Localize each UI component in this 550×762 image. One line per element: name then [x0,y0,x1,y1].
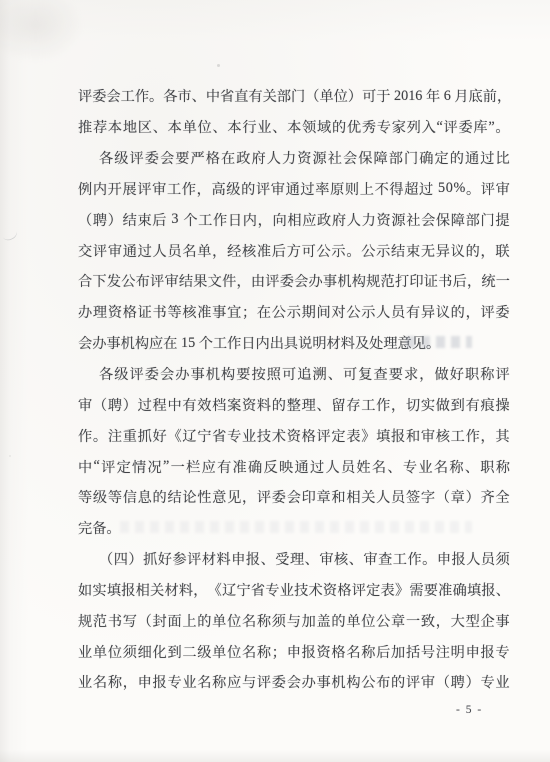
doc-line: 作。注重抓好《辽宁省专业技术资格评定表》填报和审核工作，其 [78,420,510,451]
doc-line: 业名称，申报专业名称应与评委会办事机构公布的评审（聘）专业 [78,667,510,698]
doc-line: 如实填报相关材料，《辽宁省专业技术资格评定表》需要准确填报、 [78,575,510,606]
doc-line: 评委会工作。各市、中省直有关部门（单位）可于 2016 年 6 月底前， [78,81,510,112]
scan-corner-blob [0,0,83,63]
scan-smudge [0,225,19,242]
doc-line: （四）抓好参评材料申报、受理、审核、审查工作。申报人员须 [78,544,510,575]
page-number: - 5 - [456,704,483,716]
doc-line: 业单位须细化到二级单位名称；申报资格名称后加括号注明申报专 [78,636,510,667]
doc-line: 各级评委会要严格在政府人力资源社会保障部门确定的通过比 [78,143,510,174]
scanned-document-page: 评委会工作。各市、中省直有关部门（单位）可于 2016 年 6 月底前， 推荐本… [0,0,550,762]
doc-line: 各级评委会办事机构要按照可追溯、可复查要求，做好职称评 [78,359,510,390]
doc-line: 中“评定情况”一栏应有准确反映通过人员姓名、专业名称、职称 [78,451,510,482]
doc-line: 例内开展评审工作，高级的评审通过率原则上不得超过 50%。评审 [78,174,510,205]
scan-speck [217,64,220,67]
scan-speck [9,455,11,457]
doc-line: 合下发公布评审结果文件，由评委会办事机构规范打印证书后，统一 [78,266,510,297]
doc-line: （聘）结束后 3 个工作日内，向相应政府人力资源社会保障部门提 [78,204,510,235]
doc-line: 规范书写（封面上的单位名称须与加盖的单位公章一致，大型企事 [78,605,510,636]
doc-line: 完备。 [78,513,510,544]
doc-line: 推荐本地区、本单位、本行业、本领域的优秀专家列入“评委库”。 [78,112,510,143]
document-body-text: 评委会工作。各市、中省直有关部门（单位）可于 2016 年 6 月底前， 推荐本… [78,81,510,698]
doc-line: 交评审通过人员名单，经核准后方可公示。公示结束无异议的，联 [78,235,510,266]
doc-line: 会办事机构应在 15 个工作日内出具说明材料及处理意见。 [78,328,510,359]
doc-line: 办理资格证书等核准事宜；在公示期间对公示人员有异议的，评委 [78,297,510,328]
doc-line: 审（聘）过程中有效档案资料的整理、留存工作，切实做到有痕操 [78,389,510,420]
doc-line: 等级等信息的结论性意见，评委会印章和相关人员签字（章）齐全 [78,482,510,513]
